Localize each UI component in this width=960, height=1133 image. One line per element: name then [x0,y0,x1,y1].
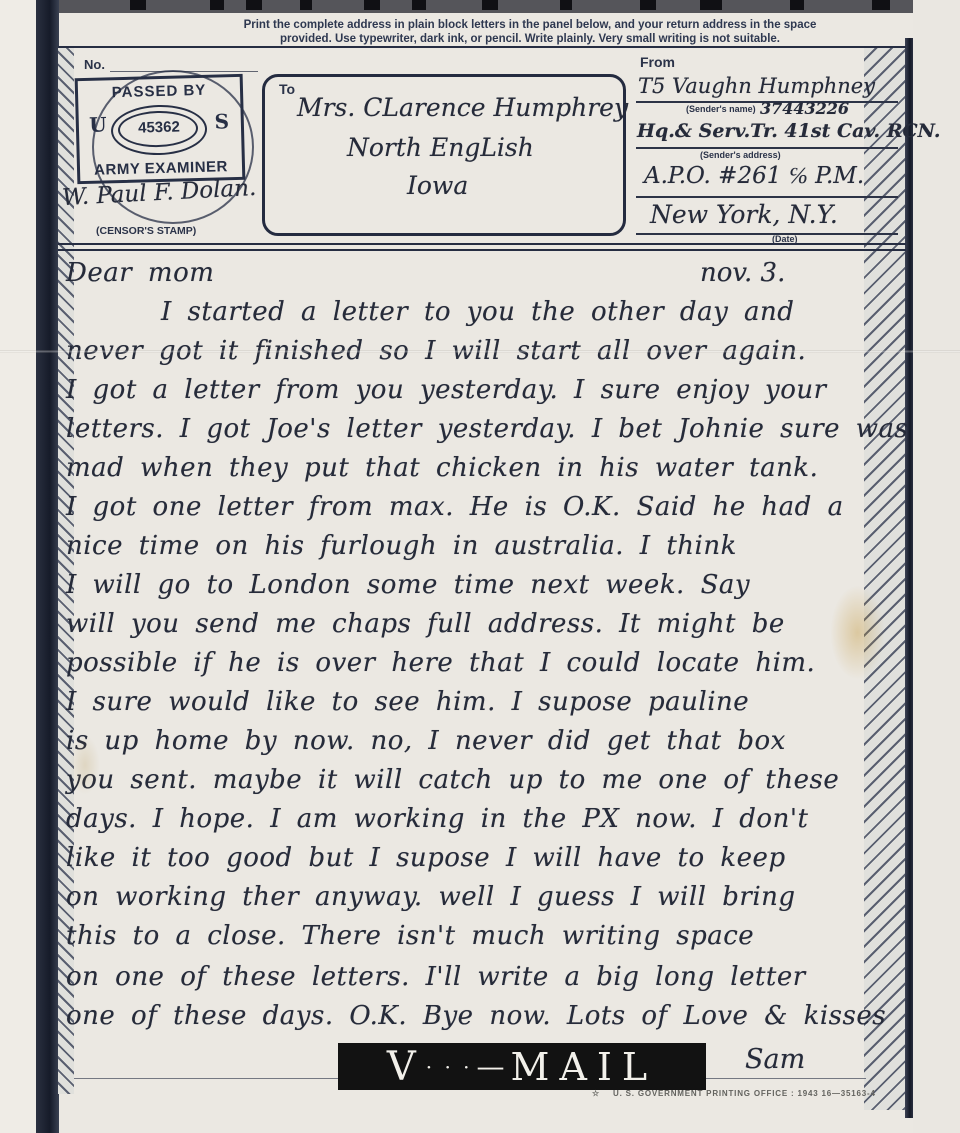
scan-edge-mark [300,0,312,10]
scan-left-edge [36,0,59,1133]
scan-edge-mark [210,0,224,10]
censor-stamp: PASSED BY U S 45362 ARMY EXAMINER [75,74,246,184]
letter-line: I started a letter to you the other day … [66,297,886,327]
vmail-logo: V · · · — MAIL [338,1043,706,1090]
gpo-imprint-text: U. S. GOVERNMENT PRINTING OFFICE : 1943 … [613,1089,876,1098]
letter-line: nice time on his furlough in australia. … [66,531,886,561]
from-name: T5 Vaughn Humphney [638,74,875,98]
from-apo-underline [636,196,898,198]
letter-line: days. I hope. I am working in the PX now… [66,804,886,834]
from-address: Hq.& Serv.Tr. 41st Cav. RCN. [637,120,940,142]
scan-edge-mark [560,0,572,10]
scan-edge-mark [640,0,656,10]
to-address-line2: North EngLish [347,133,534,162]
to-panel: To Mrs. CLarence Humphrey North EngLish … [262,74,626,236]
letter-line: like it too good but I supose I will hav… [66,843,886,873]
from-address-underline [636,147,898,149]
letter-signature: Sam [745,1044,805,1075]
letter-line: will you send me chaps full address. It … [66,609,886,639]
paper-stain [830,585,885,680]
censor-stamp-caption: (CENSOR'S STAMP) [96,225,196,237]
vmail-logo-v: V [387,1044,416,1090]
letter-line: this to a close. There isn't much writin… [66,921,886,951]
vmail-logo-morse-dash: — [477,1050,505,1083]
scan-edge-mark [790,0,804,10]
vmail-logo-morse-dots: · · · [426,1055,473,1079]
letter-line: possible if he is over here that I could… [66,648,886,678]
paper-stain [70,735,100,795]
gpo-star-icon: ☆ [592,1089,600,1098]
from-address-caption: (Sender's address) [700,150,781,160]
letter-date: nov. 3. [700,258,785,288]
vmail-logo-mail: MAIL [511,1045,658,1089]
scan-right-edge [905,38,913,1118]
from-service-number: 37443226 [760,99,849,118]
scan-right-margin [913,0,960,1133]
letter-line: letters. I got Joe's letter yesterday. I… [66,414,886,444]
vmail-letter-scan: Print the complete address in plain bloc… [0,0,960,1133]
form-instructions-line2: provided. Use typewriter, dark ink, or p… [205,33,855,47]
from-apo: A.P.O. #261 ℅ P.M. [644,163,864,189]
scan-edge-mark [246,0,262,10]
scan-edge-mark [482,0,498,10]
from-date-caption: (Date) [772,234,798,244]
to-label: To [279,81,295,97]
scan-edge-mark [700,0,722,10]
censor-passed-by: PASSED BY [78,81,240,102]
no-label: No. [84,57,105,72]
letter-line: is up home by now. no, I never did get t… [66,726,886,756]
scan-edge-mark [130,0,146,10]
paper-crease [0,350,960,353]
letter-line: on working ther anyway. well I guess I w… [66,882,886,912]
letter-line: mad when they put that chicken in his wa… [66,453,886,483]
letter-line: one of these days. O.K. Bye now. Lots of… [66,1001,886,1031]
from-city: New York, N.Y. [650,200,838,229]
form-top-rule [58,46,906,48]
letter-line: I will go to London some time next week.… [66,570,886,600]
letter-line: I got a letter from you yesterday. I sur… [66,375,886,405]
to-address-line1: Mrs. CLarence Humphrey [297,93,628,122]
form-instructions-line1: Print the complete address in plain bloc… [205,19,855,33]
form-instructions: Print the complete address in plain bloc… [205,19,855,46]
gpo-imprint: ☆ U. S. GOVERNMENT PRINTING OFFICE : 194… [592,1089,876,1098]
scan-edge-mark [364,0,380,10]
letter-line: I sure would like to see him. I supose p… [66,687,886,717]
letter-line: you sent. maybe it will catch up to me o… [66,765,886,795]
scan-left-margin [0,0,36,1133]
scan-edge-mark [872,0,890,10]
from-label: From [640,54,675,70]
letter-line: I got one letter from max. He is O.K. Sa… [66,492,886,522]
from-name-caption: (Sender's name) [686,104,756,114]
letter-line: on one of these letters. I'll write a bi… [66,962,886,992]
header-separator-rule-2 [58,249,906,251]
to-address-line3: Iowa [407,171,468,200]
scan-edge-mark [412,0,426,10]
from-city-underline [636,233,898,235]
censor-number-oval: 45362 [110,104,207,156]
censor-number: 45362 [113,118,205,137]
